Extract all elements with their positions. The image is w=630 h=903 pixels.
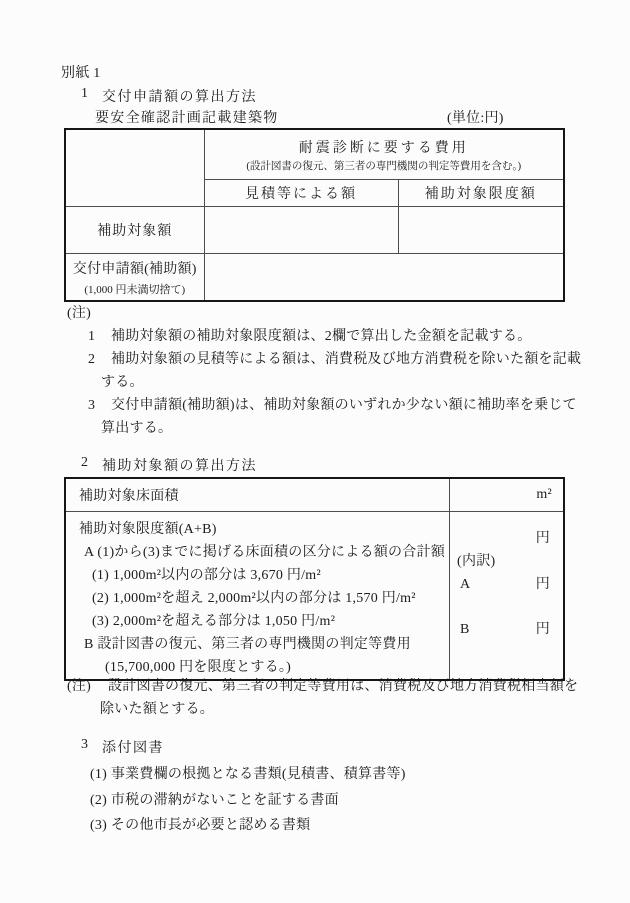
breakdown-total-unit: 円 (450, 527, 563, 550)
section1-heading: 1 交付申請額の算出方法 (81, 86, 257, 106)
breakdown-cell: 円 (内訳) A 円 B 円 (450, 512, 564, 681)
section1-title: 交付申請額の算出方法 (102, 86, 257, 106)
table1-header-title: 耐震診断に要する費用 (205, 137, 564, 157)
note-text: 補助対象額の補助対象限度額は、2欄で算出した金額を記載する。 (101, 325, 590, 348)
section3-heading: 3 添付図書 (81, 737, 164, 757)
breakdown-a-label: A (460, 573, 470, 596)
attachment-documents-list: (1) 事業費欄の根拠となる書類(見積書、積算書等) (2) 市税の滞納がないこ… (90, 762, 406, 839)
row-label-application-amount: 交付申請額(補助額) (1,000 円未満切捨て) (65, 254, 204, 302)
breakdown-row-b: B 円 (450, 618, 563, 641)
section1-number: 1 (81, 86, 102, 106)
item-b-line: B 設計図書の復元、第三者の専門機関の判定等費用 (66, 633, 449, 656)
table-row: 交付申請額(補助額) (1,000 円未満切捨て) (65, 254, 564, 302)
note-text: 設計図書の復元、第三者の判定等費用は、消費税及び地方消費税相当額を除いた額とする… (100, 675, 587, 721)
tier-3-line: (3) 2,000m²を超える部分は 1,050 円/m² (66, 610, 449, 633)
table2-note: (注) 設計図書の復元、第三者の判定等費用は、消費税及び地方消費税相当額を除いた… (100, 675, 587, 721)
breakdown-b-label: B (460, 618, 470, 641)
section2-heading: 2 補助対象額の算出方法 (81, 455, 257, 475)
table1-corner-cell (65, 129, 204, 207)
document-page: 別紙 1 1 交付申請額の算出方法 要安全確認計画記載建築物 (単位:円) 耐震… (0, 0, 630, 903)
list-item: (1) 事業費欄の根拠となる書類(見積書、積算書等) (90, 762, 406, 788)
note-item: 3 交付申請額(補助額)は、補助対象額のいずれか少ない額に補助率を乗じて算出する… (101, 394, 590, 440)
subsidy-calculation-table: 補助対象床面積 m² 補助対象限度額(A+B) A (1)から(3)までに掲げる… (64, 477, 565, 681)
breakdown-b-unit: 円 (536, 618, 550, 641)
table-row: 補助対象床面積 m² (65, 478, 564, 512)
note-item: 1 補助対象額の補助対象限度額は、2欄で算出した金額を記載する。 (101, 325, 590, 348)
table-row: 補助対象限度額(A+B) A (1)から(3)までに掲げる床面積の区分による額の… (65, 512, 564, 681)
note-item: 2 補助対象額の見積等による額は、消費税及び地方消費税を除いた額を記載する。 (101, 348, 590, 394)
item-a-line: A (1)から(3)までに掲げる床面積の区分による額の合計額 (66, 541, 449, 564)
limit-title: 補助対象限度額(A+B) (66, 518, 449, 541)
note-number: 3 (88, 394, 95, 417)
tier-1-line: (1) 1,000m²以内の部分は 3,670 円/m² (66, 564, 449, 587)
breakdown-a-unit: 円 (536, 573, 550, 596)
note-text: 補助対象額の見積等による額は、消費税及び地方消費税を除いた額を記載する。 (101, 348, 590, 394)
note-label: (注) (67, 675, 91, 698)
grant-application-table: 耐震診断に要する費用 (設計図書の復元、第三者の専門機関の判定等費用を含む。) … (64, 128, 565, 302)
limit-detail-cell: 補助対象限度額(A+B) A (1)から(3)までに掲げる床面積の区分による額の… (65, 512, 450, 681)
building-type-label: 要安全確認計画記載建築物 (95, 107, 279, 127)
floor-area-unit: m² (450, 478, 564, 512)
list-item: (3) その他市長が必要と認める書類 (90, 813, 406, 839)
breakdown-label: (内訳) (450, 550, 563, 573)
cell-application-amount (204, 254, 564, 302)
unit-label: (単位:円) (447, 107, 504, 127)
row-label-subsidy-amount: 補助対象額 (65, 207, 204, 254)
section3-number: 3 (81, 737, 102, 757)
tier-2-line: (2) 1,000m²を超え 2,000m²以内の部分は 1,570 円/m² (66, 587, 449, 610)
list-item: (2) 市税の滞納がないことを証する書面 (90, 788, 406, 814)
application-amount-label: 交付申請額(補助額) (66, 258, 204, 278)
column-header-limit: 補助対象限度額 (398, 180, 564, 207)
note-number: 1 (88, 325, 95, 348)
breakdown-row-a: A 円 (450, 573, 563, 596)
table1-header-cell: 耐震診断に要する費用 (設計図書の復元、第三者の専門機関の判定等費用を含む。) (204, 129, 564, 180)
table-row: 補助対象額 (65, 207, 564, 254)
attachment-label: 別紙 1 (61, 62, 101, 82)
section2-number: 2 (81, 455, 102, 475)
table1-header-note: (設計図書の復元、第三者の専門機関の判定等費用を含む。) (205, 158, 564, 173)
floor-area-label: 補助対象床面積 (65, 478, 450, 512)
cell-subsidy-estimate (204, 207, 398, 254)
section2-title: 補助対象額の算出方法 (102, 455, 257, 475)
cell-subsidy-limit (398, 207, 564, 254)
section3-title: 添付図書 (102, 737, 164, 757)
application-amount-rounding-note: (1,000 円未満切捨て) (66, 281, 204, 297)
notes-label: (注) (67, 302, 587, 325)
table1-notes-block: (注) 1 補助対象額の補助対象限度額は、2欄で算出した金額を記載する。 2 補… (67, 302, 587, 440)
column-header-estimate: 見積等による額 (204, 180, 398, 207)
note-number: 2 (88, 348, 95, 371)
note-text: 交付申請額(補助額)は、補助対象額のいずれか少ない額に補助率を乗じて算出する。 (101, 394, 590, 440)
